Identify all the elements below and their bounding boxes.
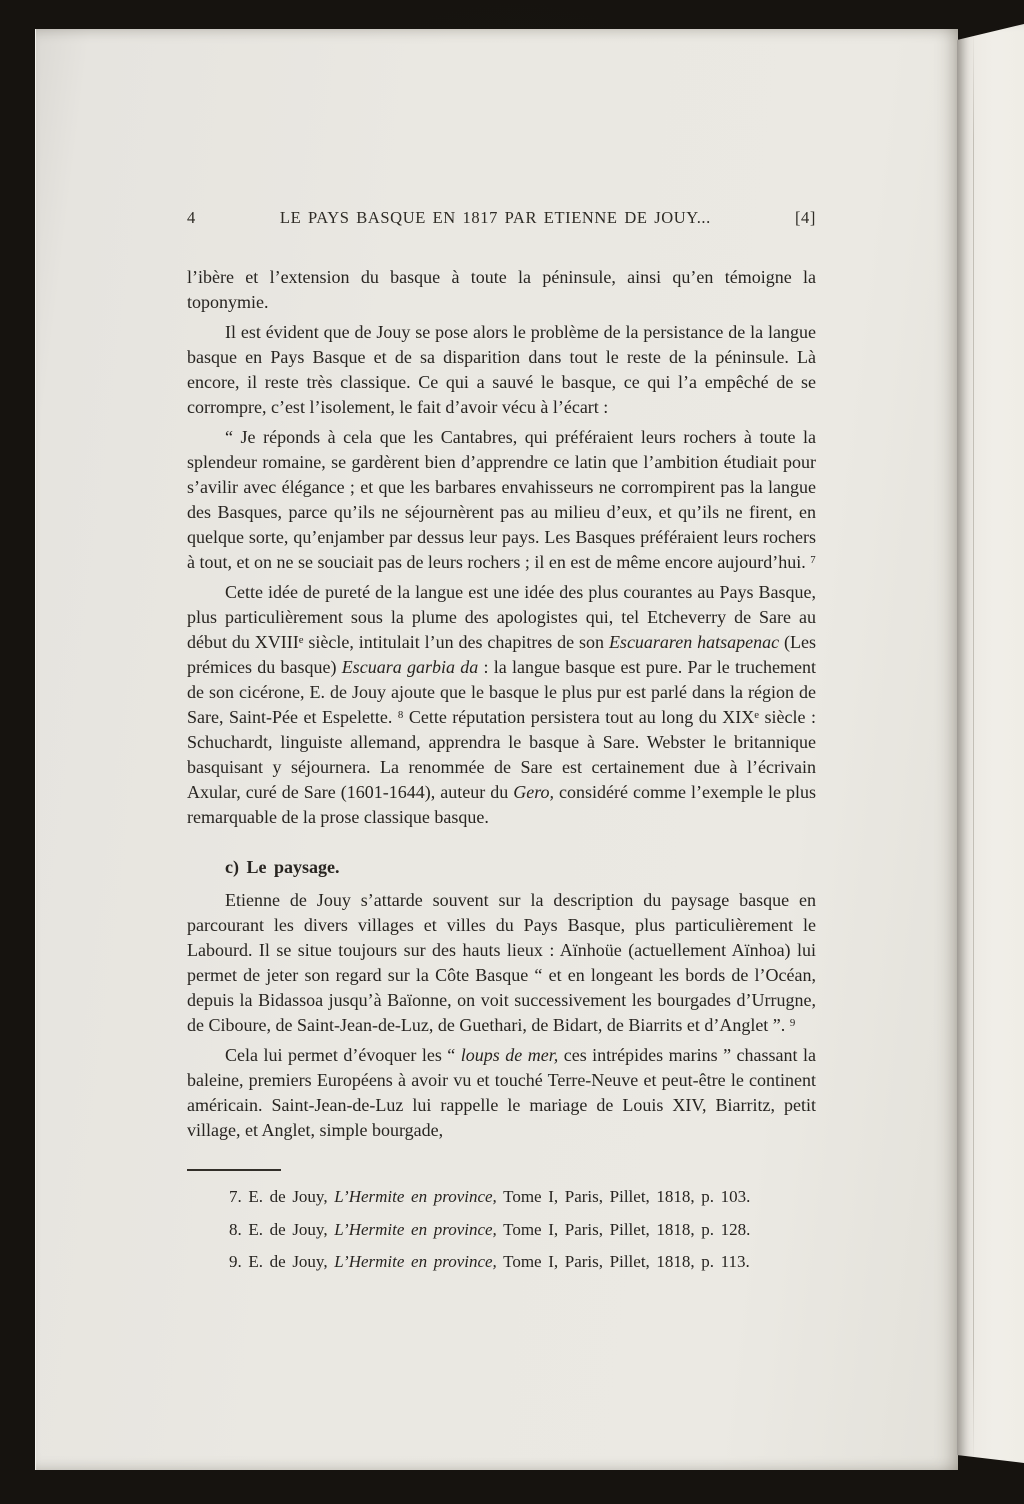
book-page: 4 LE PAYS BASQUE EN 1817 PAR ETIENNE DE … xyxy=(35,29,958,1470)
footnote-reference: e xyxy=(754,709,759,721)
footnote-reference: 9 xyxy=(790,1017,795,1029)
text-run: “ Je réponds à cela que les Cantabres, q… xyxy=(187,427,816,572)
text-run: Tome I, Paris, Pillet, 1818, p. 113. xyxy=(497,1252,750,1271)
italic-text: Escuararen hatsapenac xyxy=(609,632,779,652)
italic-text: Gero, xyxy=(513,782,554,802)
text-run: siècle, intitulait l’un des chapitres de… xyxy=(304,632,609,652)
italic-text: L’Hermite en province, xyxy=(334,1220,497,1239)
footnote-reference: 8 xyxy=(398,709,403,721)
paragraph: Etienne de Jouy s’attarde souvent sur la… xyxy=(187,888,816,1038)
page-number-right: [4] xyxy=(795,208,816,228)
text-run: Cette réputation persistera tout au long… xyxy=(403,707,754,727)
footnotes: 7. E. de Jouy, L’Hermite en province, To… xyxy=(229,1181,816,1279)
paragraph: Il est évident que de Jouy se pose alors… xyxy=(187,320,816,420)
text-run: Cela lui permet d’évoquer les “ xyxy=(225,1045,461,1065)
page-edge-strip xyxy=(957,24,1024,1467)
scanned-book-photo: 4 LE PAYS BASQUE EN 1817 PAR ETIENNE DE … xyxy=(0,0,1024,1504)
footnote: 7. E. de Jouy, L’Hermite en province, To… xyxy=(229,1181,816,1214)
running-title: LE PAYS BASQUE EN 1817 PAR ETIENNE DE JO… xyxy=(196,208,795,228)
page-number-left: 4 xyxy=(187,208,196,228)
footnote-divider xyxy=(187,1169,281,1171)
text-run: Tome I, Paris, Pillet, 1818, p. 103. xyxy=(497,1187,751,1206)
text-run: 9. E. de Jouy, xyxy=(229,1252,334,1271)
text-run: c) Le paysage. xyxy=(225,857,339,877)
text-column: 4 LE PAYS BASQUE EN 1817 PAR ETIENNE DE … xyxy=(187,208,816,1279)
footnote-reference: 7 xyxy=(810,554,815,566)
text-run: Etienne de Jouy s’attarde souvent sur la… xyxy=(187,890,816,1035)
italic-text: L’Hermite en province, xyxy=(334,1252,497,1271)
footnote: 9. E. de Jouy, L’Hermite en province, To… xyxy=(229,1246,816,1279)
paragraph: Cette idée de pureté de la langue est un… xyxy=(187,580,816,830)
italic-text: loups de mer, xyxy=(461,1045,558,1065)
text-run: l’ibère et l’extension du basque à toute… xyxy=(187,267,816,312)
text-run: 7. E. de Jouy, xyxy=(229,1187,334,1206)
footnote-reference: e xyxy=(299,634,304,646)
paragraph: Cela lui permet d’évoquer les “ loups de… xyxy=(187,1043,816,1143)
text-run: Tome I, Paris, Pillet, 1818, p. 128. xyxy=(497,1220,751,1239)
paragraph: “ Je réponds à cela que les Cantabres, q… xyxy=(187,425,816,575)
page-crease-line xyxy=(973,24,974,1467)
text-run: Il est évident que de Jouy se pose alors… xyxy=(187,322,816,417)
text-run: 8. E. de Jouy, xyxy=(229,1220,334,1239)
italic-text: L’Hermite en province, xyxy=(334,1187,497,1206)
section-heading: c) Le paysage. xyxy=(187,855,816,880)
page-header: 4 LE PAYS BASQUE EN 1817 PAR ETIENNE DE … xyxy=(187,208,816,228)
body-text: l’ibère et l’extension du basque à toute… xyxy=(187,265,816,1143)
paragraph: l’ibère et l’extension du basque à toute… xyxy=(187,265,816,315)
italic-text: Escuara garbia da xyxy=(342,657,479,677)
footnote: 8. E. de Jouy, L’Hermite en province, To… xyxy=(229,1214,816,1247)
